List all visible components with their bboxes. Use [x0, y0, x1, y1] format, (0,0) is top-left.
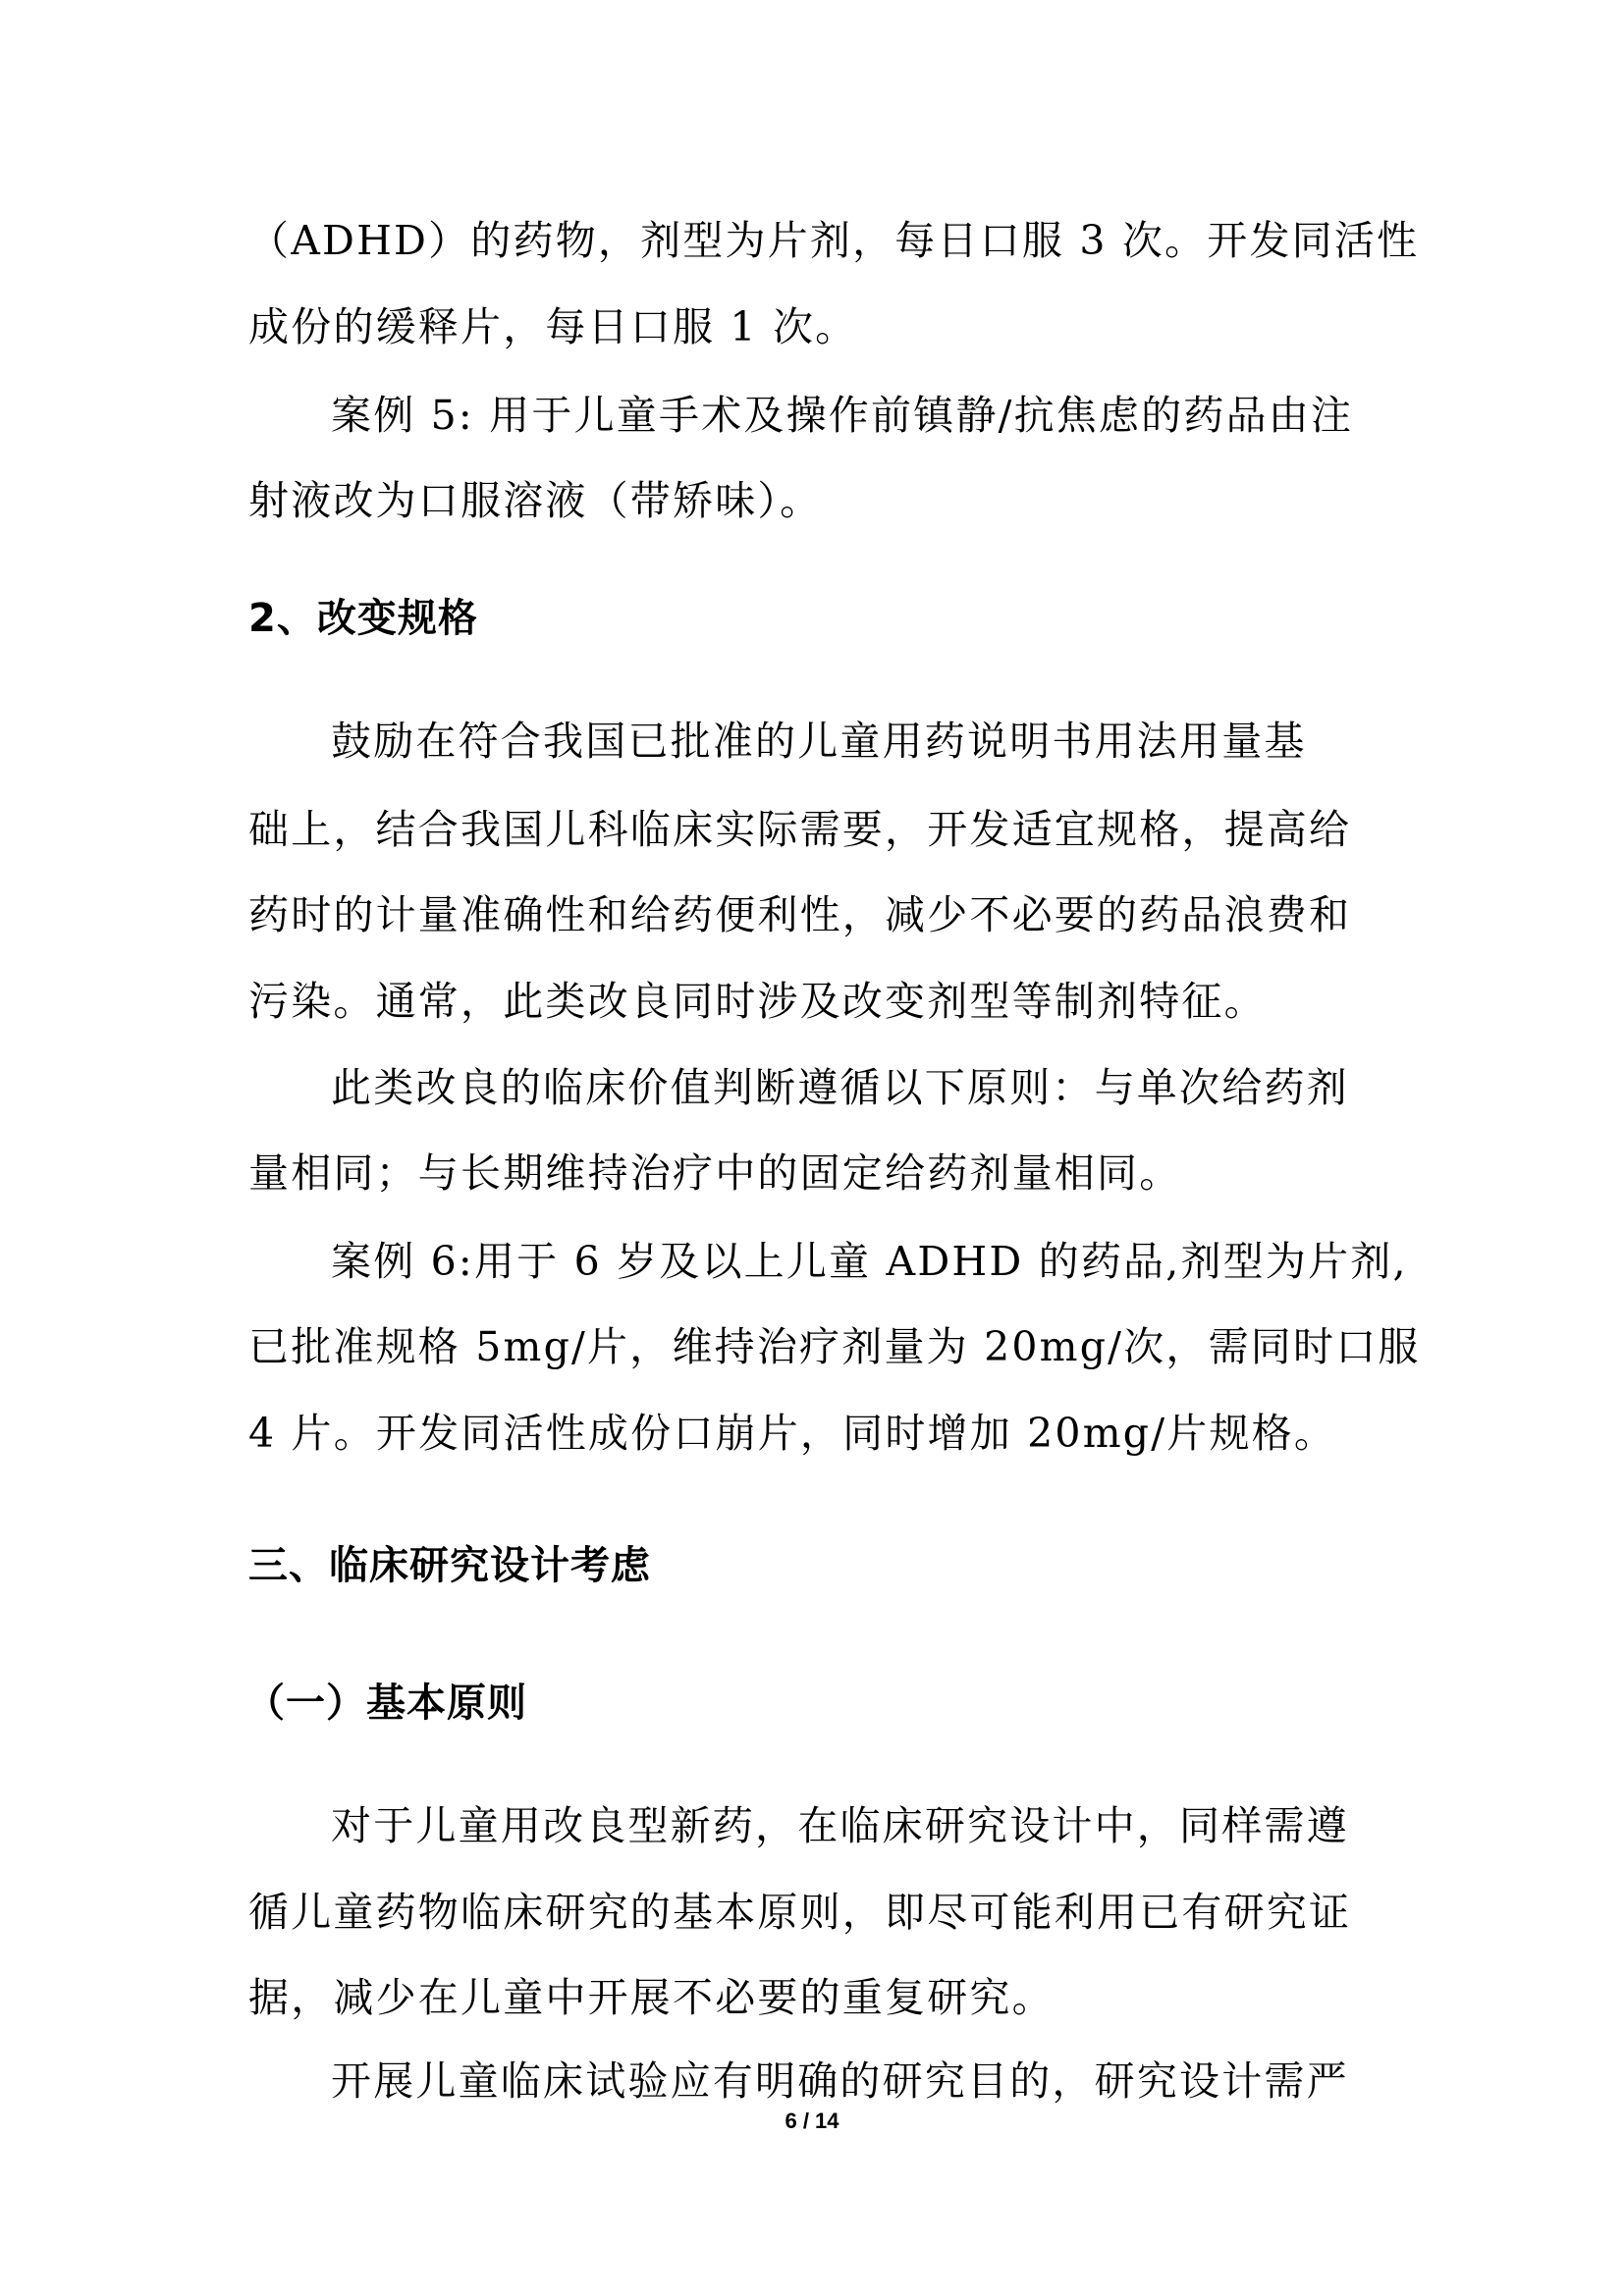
paragraph-line: 此类改良的临床价值判断遵循以下原则：与单次给药剂	[331, 1058, 1392, 1117]
case-6-line: 案例 6:用于 6 岁及以上儿童 ADHD 的药品,剂型为片剂,	[331, 1232, 1392, 1291]
paragraph-line: 污染。通常，此类改良同时涉及改变剂型等制剂特征。	[248, 972, 1392, 1031]
case-6-line: 4 片。开发同活性成份口崩片，同时增加 20mg/片规格。	[248, 1404, 1392, 1463]
paragraph-line: （ADHD）的药物，剂型为片剂，每日口服 3 次。开发同活性	[248, 211, 1392, 270]
subsection-heading-basic-principles: （一）基本原则	[245, 1674, 1389, 1733]
document-page: （ADHD）的药物，剂型为片剂，每日口服 3 次。开发同活性 成份的缓释片，每日…	[0, 0, 1624, 2296]
paragraph-line: 量相同；与长期维持治疗中的固定给药剂量相同。	[248, 1144, 1392, 1202]
page-number: 6 / 14	[0, 2107, 1624, 2136]
paragraph-line: 药时的计量准确性和给药便利性，减少不必要的药品浪费和	[248, 885, 1392, 944]
paragraph-line: 对于儿童用改良型新药，在临床研究设计中，同样需遵	[331, 1796, 1392, 1855]
paragraph-line: 成份的缓释片，每日口服 1 次。	[248, 297, 1392, 356]
paragraph-line: 据，减少在儿童中开展不必要的重复研究。	[248, 1968, 1392, 2027]
case-6-line: 已批准规格 5mg/片，维持治疗剂量为 20mg/次，需同时口服	[248, 1317, 1392, 1376]
paragraph-line: 开展儿童临床试验应有明确的研究目的，研究设计需严	[331, 2052, 1392, 2110]
section-heading-change-specification: 2、改变规格	[248, 589, 1392, 648]
case-5-line: 射液改为口服溶液（带矫味）。	[248, 471, 1392, 530]
section-heading-clinical-study-design: 三、临床研究设计考虑	[248, 1536, 1392, 1595]
paragraph-line: 循儿童药物临床研究的基本原则，即尽可能利用已有研究证	[248, 1883, 1392, 1942]
paragraph-line: 础上，结合我国儿科临床实际需要，开发适宜规格，提高给	[248, 800, 1392, 859]
case-5-line: 案例 5: 用于儿童手术及操作前镇静/抗焦虑的药品由注	[331, 386, 1392, 445]
paragraph-line: 鼓励在符合我国已批准的儿童用药说明书用法用量基	[331, 712, 1392, 771]
